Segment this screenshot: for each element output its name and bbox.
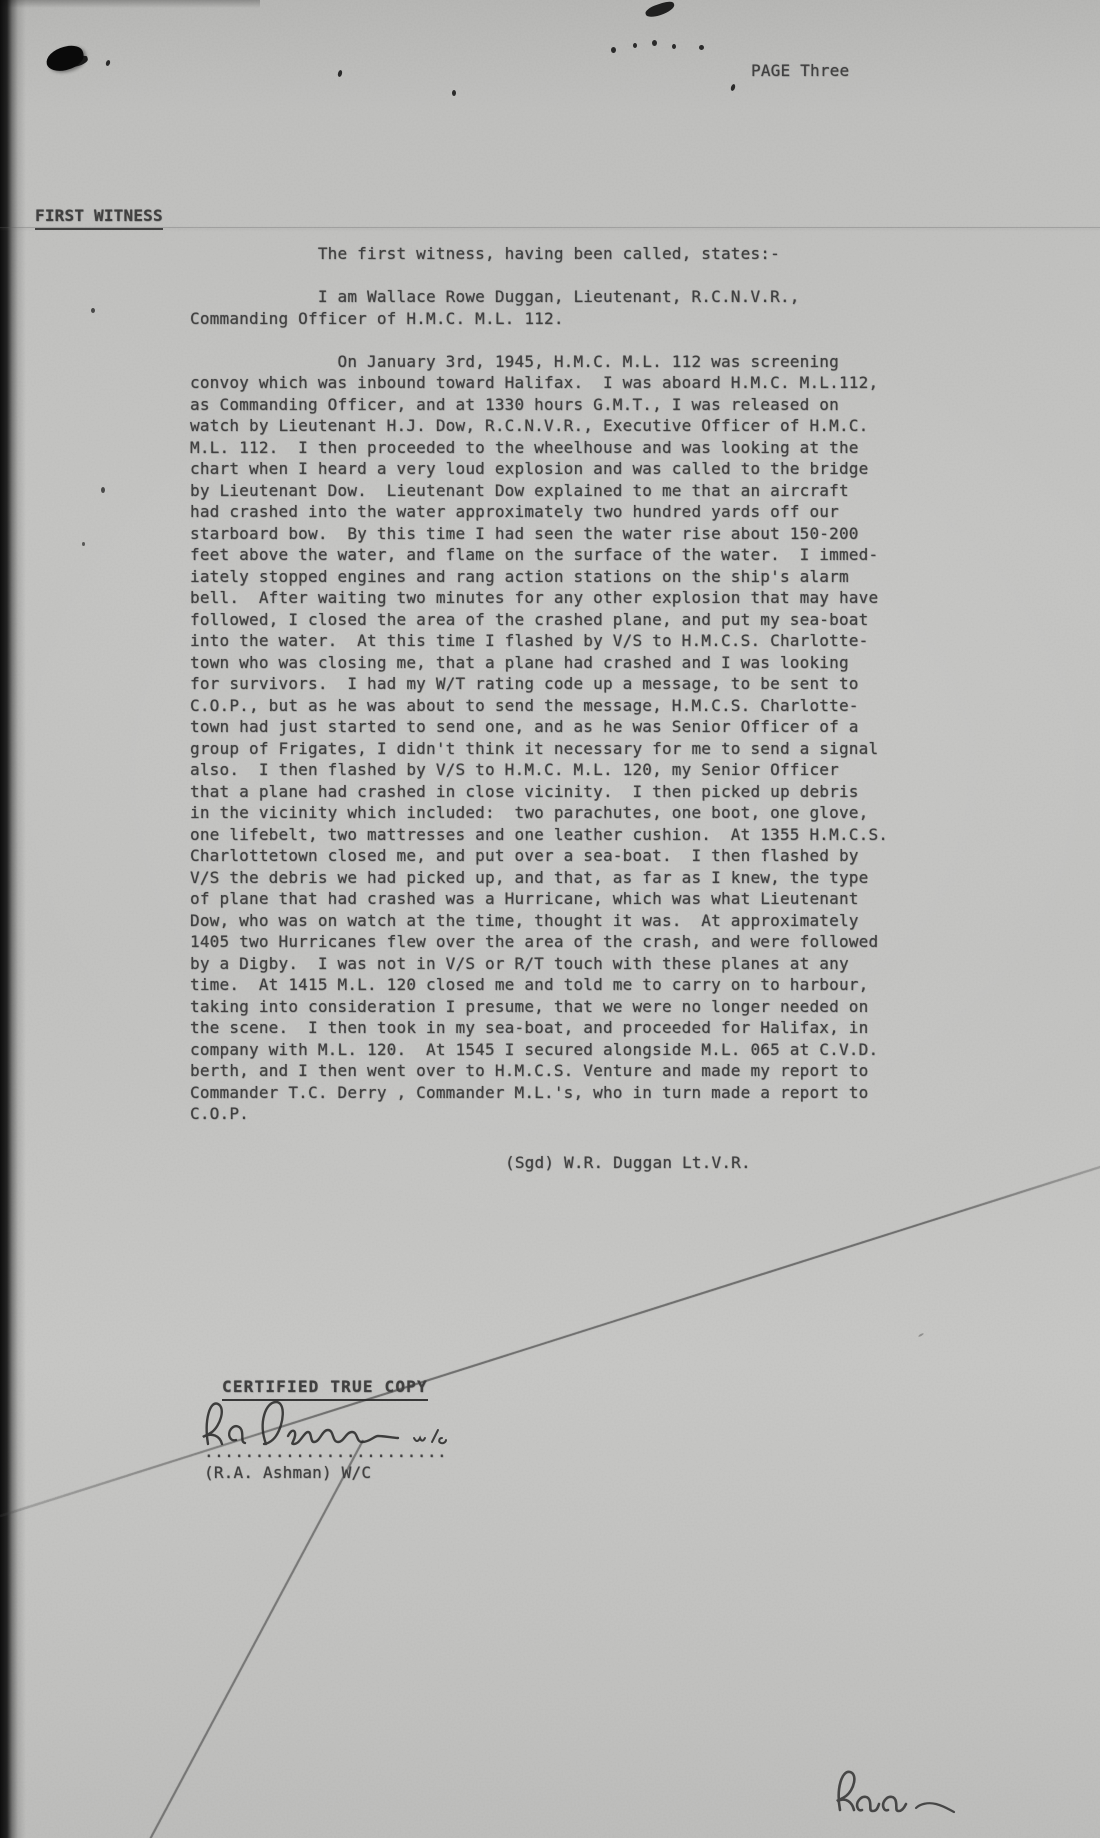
typed-line: On January 3rd, 1945, H.M.C. M.L. 112 wa… bbox=[190, 351, 888, 373]
certifier-typed-name: (R.A. Ashman) W/C bbox=[204, 1462, 371, 1484]
typed-line: feet above the water, and flame on the s… bbox=[190, 544, 888, 566]
typed-line: M.L. 112. I then proceeded to the wheelh… bbox=[190, 437, 888, 459]
page-number-label: PAGE Three bbox=[751, 60, 849, 82]
typed-line: time. At 1415 M.L. 120 closed me and tol… bbox=[190, 974, 888, 996]
typed-line: watch by Lieutenant H.J. Dow, R.C.N.V.R.… bbox=[190, 415, 888, 437]
typed-line: berth, and I then went over to H.M.C.S. … bbox=[190, 1060, 888, 1082]
typed-line: The first witness, having been called, s… bbox=[190, 243, 888, 265]
typed-line: Commanding Officer of H.M.C. M.L. 112. bbox=[190, 308, 888, 330]
typed-line: one lifebelt, two mattresses and one lea… bbox=[190, 824, 888, 846]
typed-line: had crashed into the water approximately… bbox=[190, 501, 888, 523]
typed-line: starboard bow. By this time I had seen t… bbox=[190, 523, 888, 545]
typed-line: iately stopped engines and rang action s… bbox=[190, 566, 888, 588]
ink-mark-top-center bbox=[644, 0, 676, 19]
typed-line: town who was closing me, that a plane ha… bbox=[190, 652, 888, 674]
typed-line: by Lieutenant Dow. Lieutenant Dow explai… bbox=[190, 480, 888, 502]
typed-line bbox=[190, 329, 888, 351]
witness-statement-text: The first witness, having been called, s… bbox=[190, 243, 888, 1125]
typed-line: of plane that had crashed was a Hurrican… bbox=[190, 888, 888, 910]
typed-line: town had just started to send one, and a… bbox=[190, 716, 888, 738]
typed-line: taking into consideration I presume, tha… bbox=[190, 996, 888, 1018]
typed-line: C.O.P. bbox=[190, 1103, 888, 1125]
horizontal-fold-crease bbox=[0, 227, 1100, 228]
scan-left-edge-shadow bbox=[0, 0, 26, 1838]
certified-true-copy-label: CERTIFIED TRUE COPY bbox=[222, 1376, 428, 1401]
typed-line: in the vicinity which included: two para… bbox=[190, 802, 888, 824]
typed-line: followed, I closed the area of the crash… bbox=[190, 609, 888, 631]
typed-line: convoy which was inbound toward Halifax.… bbox=[190, 372, 888, 394]
typed-line: Dow, who was on watch at the time, thoug… bbox=[190, 910, 888, 932]
typed-line: chart when I heard a very loud explosion… bbox=[190, 458, 888, 480]
typed-line: also. I then flashed by V/S to H.M.C. M.… bbox=[190, 759, 888, 781]
typed-line: that a plane had crashed in close vicini… bbox=[190, 781, 888, 803]
scanned-document-page: PAGE Three FIRST WITNESS The first witne… bbox=[0, 0, 1100, 1838]
typed-line: C.O.P., but as he was about to send the … bbox=[190, 695, 888, 717]
typed-line: Commander T.C. Derry , Commander M.L.'s,… bbox=[190, 1082, 888, 1104]
typed-line: by a Digby. I was not in V/S or R/T touc… bbox=[190, 953, 888, 975]
typed-line: company with M.L. 120. At 1545 I secured… bbox=[190, 1039, 888, 1061]
typed-line: for survivors. I had my W/T rating code … bbox=[190, 673, 888, 695]
diagonal-fold-crease-lower bbox=[149, 1440, 363, 1838]
typed-line: V/S the debris we had picked up, and tha… bbox=[190, 867, 888, 889]
handwritten-corner-initials bbox=[832, 1760, 962, 1824]
typed-line: bell. After waiting two minutes for any … bbox=[190, 587, 888, 609]
typed-line: as Commanding Officer, and at 1330 hours… bbox=[190, 394, 888, 416]
typed-line: Charlottetown closed me, and put over a … bbox=[190, 845, 888, 867]
typed-line bbox=[190, 265, 888, 287]
typed-line: into the water. At this time I flashed b… bbox=[190, 630, 888, 652]
typed-line: I am Wallace Rowe Duggan, Lieutenant, R.… bbox=[190, 286, 888, 308]
section-heading-first-witness: FIRST WITNESS bbox=[35, 205, 163, 230]
typed-line: the scene. I then took in my sea-boat, a… bbox=[190, 1017, 888, 1039]
diagonal-fold-crease bbox=[0, 1165, 1100, 1517]
dotted-signature-line: ........................ bbox=[204, 1441, 447, 1463]
typed-line: group of Frigates, I didn't think it nec… bbox=[190, 738, 888, 760]
scan-top-edge-shadow bbox=[0, 0, 260, 8]
signed-by-line: (Sgd) W.R. Duggan Lt.V.R. bbox=[505, 1152, 751, 1174]
ink-blot-top-left bbox=[44, 43, 86, 75]
typed-line: 1405 two Hurricanes flew over the area o… bbox=[190, 931, 888, 953]
